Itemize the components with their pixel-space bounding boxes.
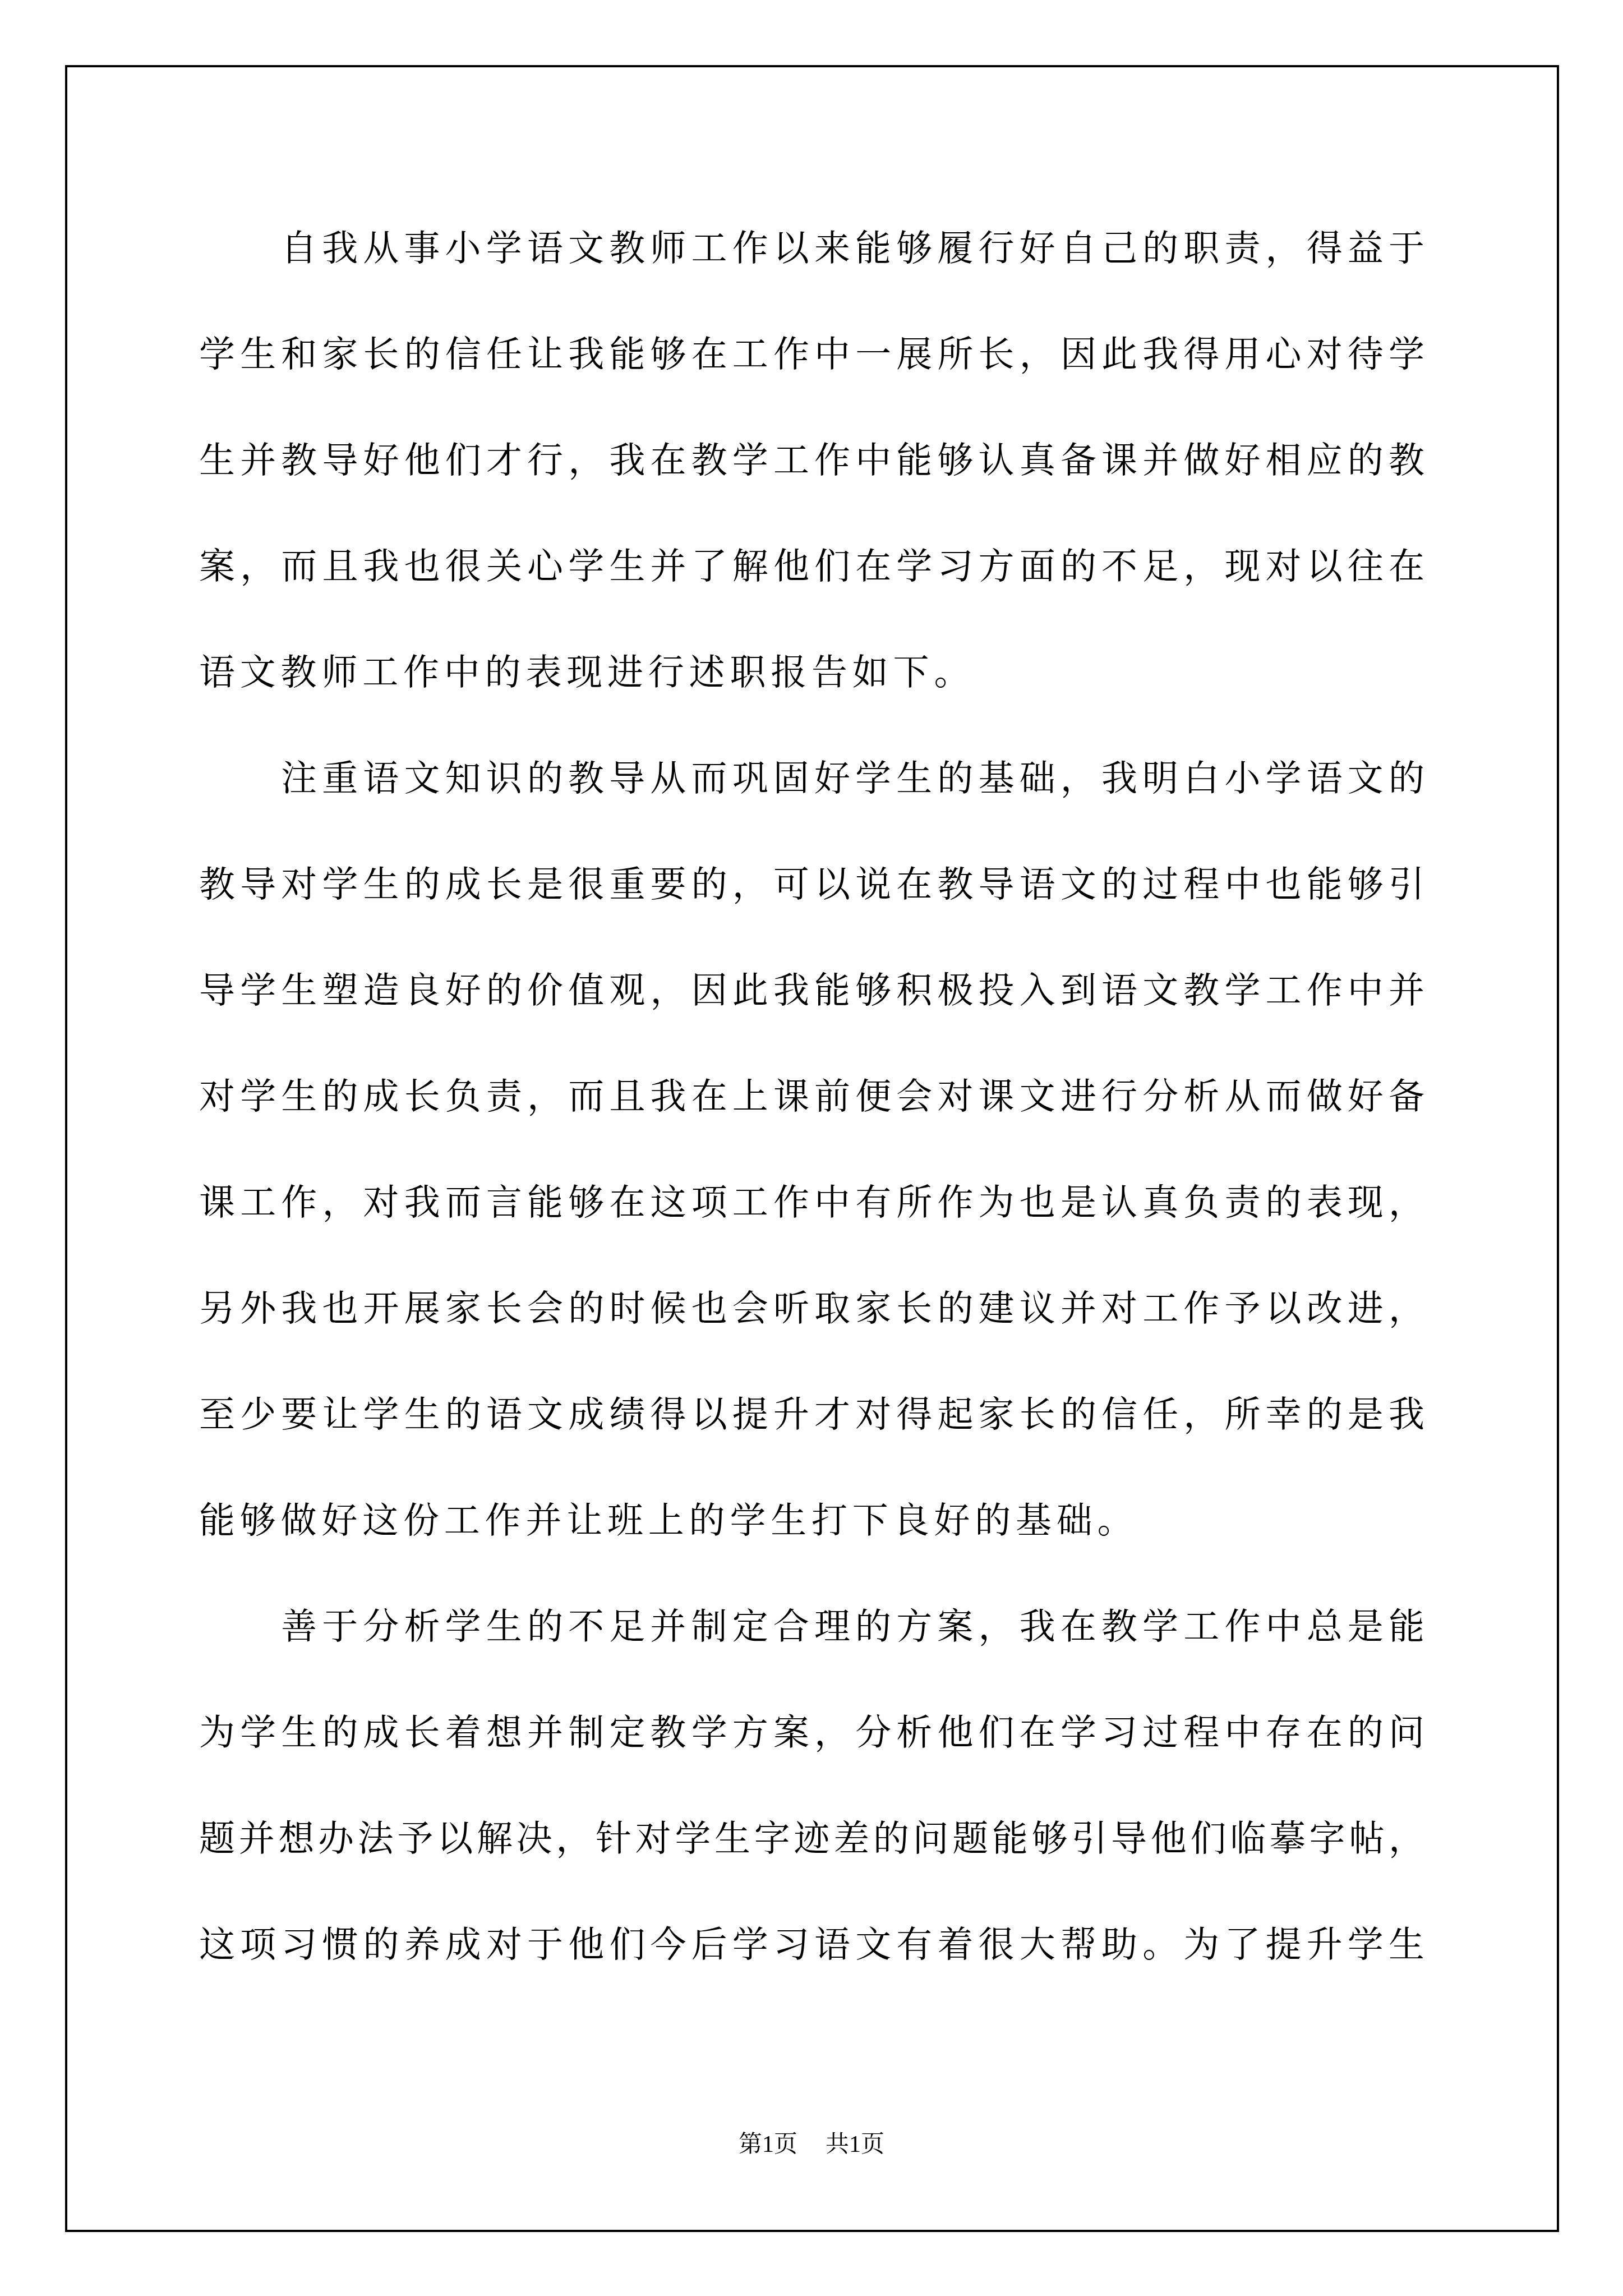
paragraph-1-line-1: 自我从事小学语文教师工作以来能够履行好自己的职责，得益于 — [281, 226, 1424, 271]
paragraph-1-line-4: 案，而且我也很关心学生并了解他们在学习方面的不足，现对以往在 — [199, 544, 1424, 589]
paragraph-3-line-1: 善于分析学生的不足并制定合理的方案，我在教学工作中总是能 — [281, 1604, 1424, 1649]
paragraph-3-line-3: 题并想办法予以解决，针对学生字迹差的问题能够引导他们临摹字帖， — [199, 1816, 1424, 1861]
paragraph-2-line-1: 注重语文知识的教导从而巩固好学生的基础，我明白小学语文的 — [281, 756, 1424, 801]
paragraph-2-line-6: 另外我也开展家长会的时候也会听取家长的建议并对工作予以改进， — [199, 1286, 1424, 1331]
page-footer: 第1页共1页 — [0, 2129, 1623, 2160]
paragraph-1-line-2: 学生和家长的信任让我能够在工作中一展所长，因此我得用心对待学 — [199, 332, 1424, 377]
paragraph-2-line-8: 能够做好这份工作并让班上的学生打下良好的基础。 — [199, 1498, 1424, 1543]
paragraph-2-line-4: 对学生的成长负责，而且我在上课前便会对课文进行分析从而做好备 — [199, 1074, 1424, 1119]
paragraph-2-line-7: 至少要让学生的语文成绩得以提升才对得起家长的信任，所幸的是我 — [199, 1392, 1424, 1437]
paragraph-1-line-5: 语文教师工作中的表现进行述职报告如下。 — [199, 650, 1424, 695]
page-border — [65, 65, 1559, 2232]
paragraph-2-line-3: 导学生塑造良好的价值观，因此我能够积极投入到语文教学工作中并 — [199, 968, 1424, 1013]
paragraph-3-line-2: 为学生的成长着想并制定教学方案，分析他们在学习过程中存在的问 — [199, 1710, 1424, 1755]
paragraph-2-line-5: 课工作，对我而言能够在这项工作中有所作为也是认真负责的表现， — [199, 1180, 1424, 1225]
total-pages-label: 共1页 — [826, 2129, 884, 2160]
paragraph-2-line-2: 教导对学生的成长是很重要的，可以说在教导语文的过程中也能够引 — [199, 862, 1424, 907]
current-page-label: 第1页 — [739, 2129, 797, 2160]
paragraph-3-line-4: 这项习惯的养成对于他们今后学习语文有着很大帮助。为了提升学生 — [199, 1922, 1424, 1967]
paragraph-1-line-3: 生并教导好他们才行，我在教学工作中能够认真备课并做好相应的教 — [199, 438, 1424, 483]
